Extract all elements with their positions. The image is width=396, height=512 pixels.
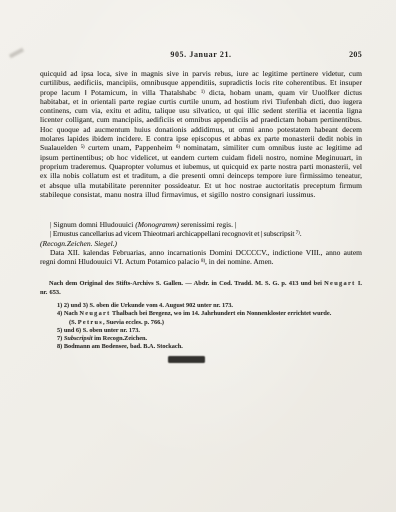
- recognition-text: .: [300, 229, 302, 238]
- page-number: 205: [349, 50, 362, 59]
- charter-text-segment: curtem unam, Pappenheim: [85, 143, 176, 152]
- scanned-book-page: 905. Januar 21. 205 quicquid ad ipsa loc…: [0, 0, 396, 512]
- footnote-5-6: 5) und 6) S. oben unter nr. 173.: [57, 327, 345, 335]
- footnote-4-text: 4) Nach: [57, 310, 79, 317]
- footnote-7-latin: Subscripsit: [64, 335, 93, 342]
- source-note-text: Nach dem Original des Stifts-Archivs S. …: [49, 280, 324, 287]
- footnote-block: 1) 2) und 3) S. oben die Urkunde vom 4. …: [40, 302, 345, 352]
- scan-ink-blot: [168, 356, 205, 363]
- scan-speck: [9, 48, 24, 59]
- source-note: Nach dem Original des Stifts-Archivs S. …: [40, 280, 362, 298]
- footnote-8: 8) Bodmann am Bodensee, bad. B.A. Stocka…: [57, 343, 345, 351]
- dating-text: , in dei nomine. Amen.: [205, 257, 274, 266]
- page-header: 905. Januar 21. 205: [40, 50, 362, 61]
- recognition-sign-note: (Recogn.Zeichen. Siegel.): [40, 239, 362, 248]
- footnote-4-ref-text: (S.: [69, 319, 78, 326]
- recognition-text: | Ernustus cancellarius ad vicem Thieotm…: [50, 229, 296, 238]
- footnote-4-ref-author: Petrus: [78, 319, 103, 326]
- footnote-4-author: Neugart: [79, 310, 110, 317]
- footnote-7-text: im Recogn.Zeichen.: [93, 335, 148, 342]
- signum-text: | Signum domni Hludouuici: [50, 220, 135, 229]
- footnote-4-text: Thalbach bei Bregenz, wo im 14. Jahrhund…: [111, 310, 332, 317]
- footnote-4: 4) Nach Neugart Thalbach bei Bregenz, wo…: [57, 310, 345, 318]
- date-heading: 905. Januar 21.: [170, 50, 231, 59]
- footnote-4-ref-text: , Suevia eccles. p. 766.): [103, 319, 164, 326]
- signature-block: | Signum domni Hludouuici (Monogramm) se…: [40, 220, 362, 248]
- signum-text: serenissimi regis. |: [179, 220, 236, 229]
- charter-body-paragraph: quicquid ad ipsa loca, sive in magnis si…: [40, 69, 362, 199]
- recognition-line: | Ernustus cancellarius ad vicem Thieotm…: [40, 229, 362, 238]
- footnote-7-num: 7): [57, 335, 64, 342]
- monogram-note: (Monogramm): [135, 220, 179, 229]
- dating-clause: Data XII. kalendas Februarias, anno inca…: [40, 248, 362, 267]
- footnote-4-continuation: (S. Petrus, Suevia eccles. p. 766.): [57, 319, 345, 327]
- charter-text-segment: nominatam, similiter cum omnibus iuste a…: [40, 143, 362, 198]
- signum-line: | Signum domni Hludouuici (Monogramm) se…: [40, 220, 362, 229]
- source-note-author: Neugart: [324, 280, 355, 287]
